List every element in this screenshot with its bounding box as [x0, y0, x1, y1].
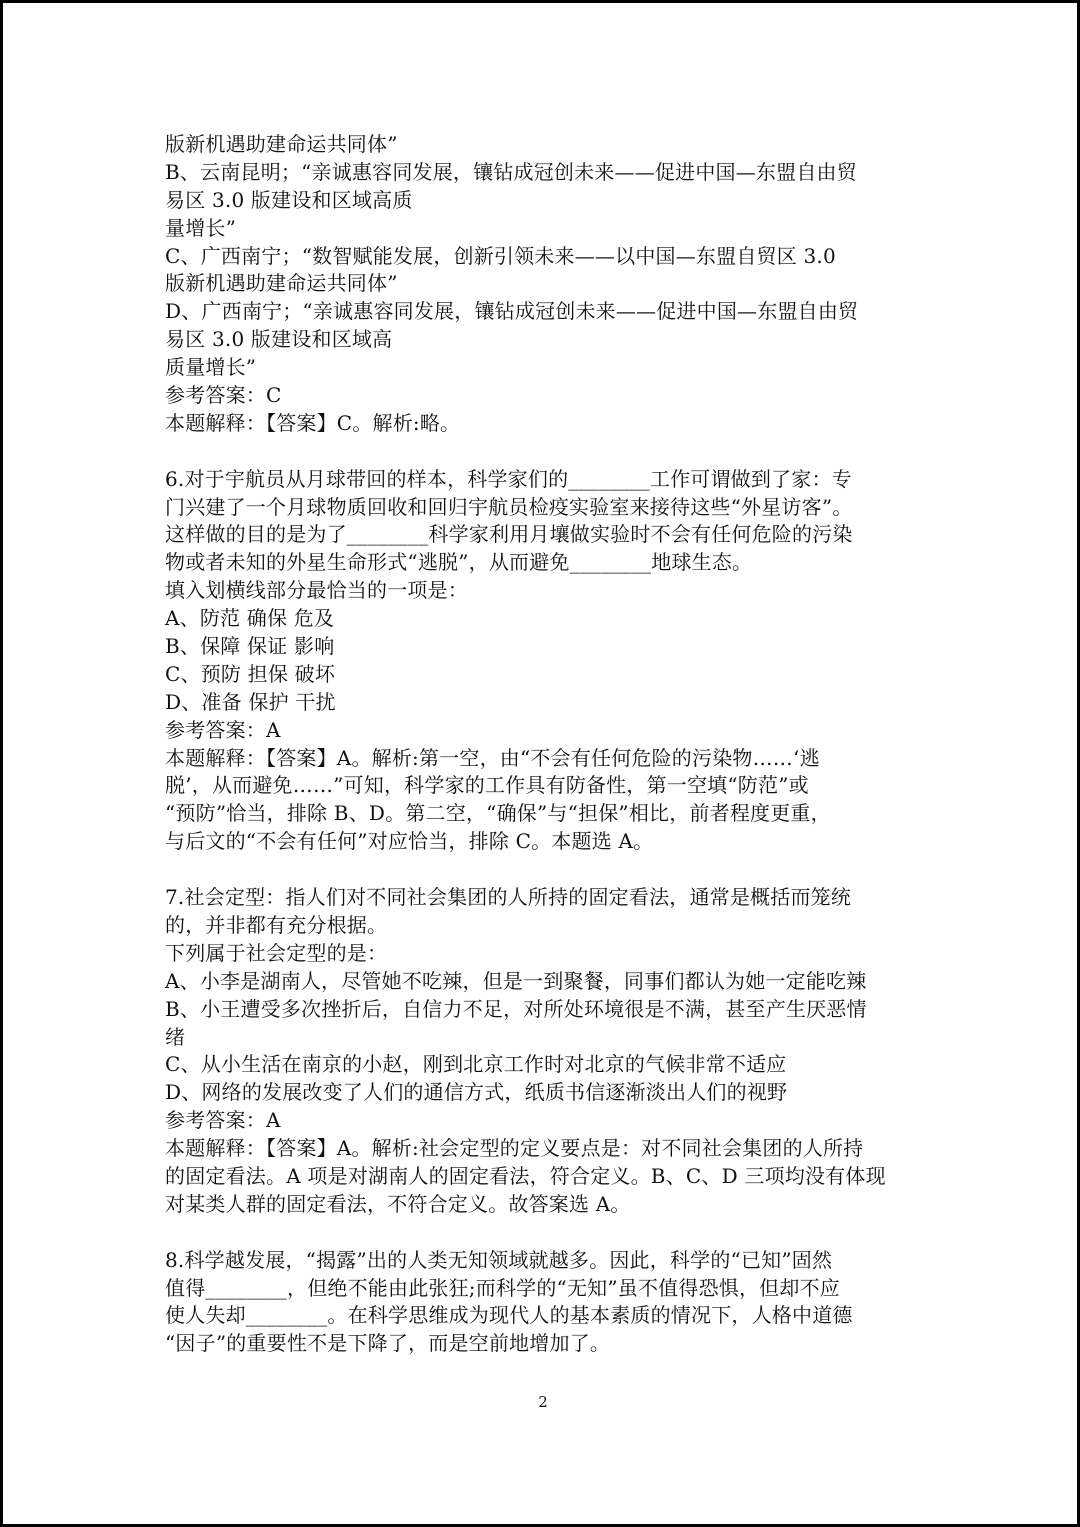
question-stem-line: 门兴建了一个月球物质回收和回归宇航员检疫实验室来接待这些“外星访客”。 [165, 494, 925, 522]
question-stem-line: 7.社会定型：指人们对不同社会集团的人所持的固定看法，通常是概括而笼统 [165, 884, 925, 912]
explanation-line: 对某类人群的固定看法，不符合定义。故答案选 A。 [165, 1191, 925, 1219]
question-7: 7.社会定型：指人们对不同社会集团的人所持的固定看法，通常是概括而笼统 的，并非… [165, 884, 925, 1219]
question-stem-line: 值得________，但绝不能由此张狂;而科学的“无知”虽不值得恐惧，但却不应 [165, 1275, 925, 1303]
explanation-line: 本题解释：【答案】A。解析:社会定型的定义要点是：对不同社会集团的人所持 [165, 1135, 925, 1163]
option-text-line: 版新机遇助建命运共同体” [165, 131, 925, 159]
option-text-line: 易区 3.0 版建设和区域高质 [165, 187, 925, 215]
question-stem-line: 这样做的目的是为了________科学家利用月壤做实验时不会有任何危险的污染 [165, 521, 925, 549]
explanation-line: 与后文的“不会有任何”对应恰当，排除 C。本题选 A。 [165, 828, 925, 856]
document-page: 版新机遇助建命运共同体” B、云南昆明；“亲诚惠容同发展，镶钻成冠创未来——促进… [0, 0, 1080, 1527]
option-c: C、预防 担保 破坏 [165, 661, 925, 689]
option-d: D、广西南宁；“亲诚惠容同发展，镶钻成冠创未来——促进中国—东盟自由贸 [165, 298, 925, 326]
option-c: C、广西南宁；“数智赋能发展，创新引领未来——以中国—东盟自贸区 3.0 [165, 243, 925, 271]
explanation-line: 本题解释：【答案】A。解析:第一空，由“不会有任何危险的污染物……‘逃 [165, 745, 925, 773]
explanation: 本题解释：【答案】C。解析:略。 [165, 410, 925, 438]
spacer [165, 1219, 925, 1247]
option-text-line: 量增长” [165, 215, 925, 243]
explanation-line: “预防”恰当，排除 B、D。第二空，“确保”与“担保”相比，前者程度更重， [165, 800, 925, 828]
page-number: 2 [3, 1393, 1080, 1411]
question-stem-line: 物或者未知的外星生命形式“逃脱”，从而避免________地球生态。 [165, 549, 925, 577]
reference-answer: 参考答案：C [165, 382, 925, 410]
question-5-continuation: 版新机遇助建命运共同体” B、云南昆明；“亲诚惠容同发展，镶钻成冠创未来——促进… [165, 131, 925, 438]
page-content: 版新机遇助建命运共同体” B、云南昆明；“亲诚惠容同发展，镶钻成冠创未来——促进… [165, 131, 925, 1358]
reference-answer: 参考答案：A [165, 1107, 925, 1135]
reference-answer: 参考答案：A [165, 717, 925, 745]
spacer [165, 438, 925, 466]
question-prompt: 下列属于社会定型的是： [165, 940, 925, 968]
question-stem-line: 使人失却________。在科学思维成为现代人的基本素质的情况下，人格中道德 [165, 1302, 925, 1330]
option-b: B、云南昆明；“亲诚惠容同发展，镶钻成冠创未来——促进中国—东盟自由贸 [165, 159, 925, 187]
option-d: D、准备 保护 干扰 [165, 689, 925, 717]
option-text-line: 质量增长” [165, 354, 925, 382]
option-b: B、小王遭受多次挫折后，自信力不足，对所处环境很是不满，甚至产生厌恶情 [165, 996, 925, 1024]
option-text-line: 易区 3.0 版建设和区域高 [165, 326, 925, 354]
question-stem-line: 6.对于宇航员从月球带回的样本，科学家们的________工作可谓做到了家：专 [165, 466, 925, 494]
question-8: 8.科学越发展，“揭露”出的人类无知领域就越多。因此，科学的“已知”固然 值得_… [165, 1247, 925, 1359]
option-d: D、网络的发展改变了人们的通信方式，纸质书信逐渐淡出人们的视野 [165, 1079, 925, 1107]
question-prompt: 填入划横线部分最恰当的一项是： [165, 577, 925, 605]
option-text-line: 版新机遇助建命运共同体” [165, 270, 925, 298]
question-6: 6.对于宇航员从月球带回的样本，科学家们的________工作可谓做到了家：专 … [165, 466, 925, 856]
option-c: C、从小生活在南京的小赵，刚到北京工作时对北京的气候非常不适应 [165, 1051, 925, 1079]
explanation-line: 脱’，从而避免……”可知，科学家的工作具有防备性，第一空填“防范”或 [165, 772, 925, 800]
option-a: A、小李是湖南人，尽管她不吃辣，但是一到聚餐，同事们都认为她一定能吃辣 [165, 968, 925, 996]
option-b-continued: 绪 [165, 1024, 925, 1052]
spacer [165, 856, 925, 884]
explanation-line: 的固定看法。A 项是对湖南人的固定看法，符合定义。B、C、D 三项均没有体现 [165, 1163, 925, 1191]
option-b: B、保障 保证 影响 [165, 633, 925, 661]
question-stem-line: 的，并非都有充分根据。 [165, 912, 925, 940]
question-stem-line: 8.科学越发展，“揭露”出的人类无知领域就越多。因此，科学的“已知”固然 [165, 1247, 925, 1275]
question-stem-line: “因子”的重要性不是下降了，而是空前地增加了。 [165, 1330, 925, 1358]
option-a: A、防范 确保 危及 [165, 605, 925, 633]
